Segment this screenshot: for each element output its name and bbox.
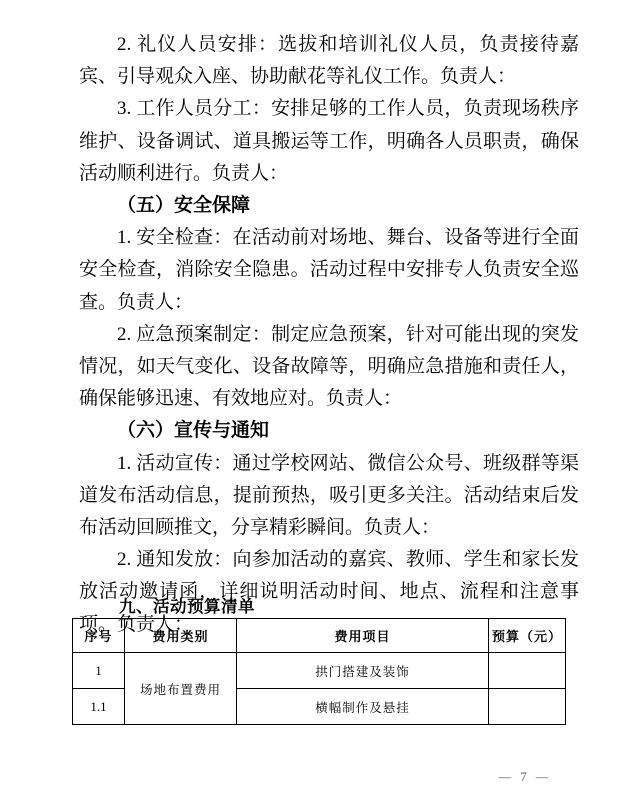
body-paragraph: 2. 礼仪人员安排：选拔和培训礼仪人员，负责接待嘉宾、引导观众入座、协助献花等礼… [79, 29, 579, 93]
category-cell: 场地布置费用 [125, 653, 237, 725]
body-text-block: 2. 礼仪人员安排：选拔和培训礼仪人员，负责接待嘉宾、引导观众入座、协助献花等礼… [79, 29, 579, 641]
column-header-category: 费用类别 [125, 619, 237, 653]
sub-section-heading: （六）宣传与通知 [79, 415, 579, 447]
item-cell: 横幅制作及悬挂 [237, 689, 489, 725]
budget-cell [489, 653, 566, 689]
column-header-item: 费用项目 [237, 619, 489, 653]
body-paragraph: 2. 应急预案制定：制定应急预案，针对可能出现的突发情况，如天气变化、设备故障等… [79, 319, 579, 416]
table-row: 1 场地布置费用 拱门搭建及装饰 [73, 653, 566, 689]
budget-table: 序号 费用类别 费用项目 预算（元） 1 场地布置费用 拱门搭建及装饰 1.1 … [72, 618, 566, 725]
budget-cell [489, 689, 566, 725]
body-paragraph: 1. 活动宣传：通过学校网站、微信公众号、班级群等渠道发布活动信息，提前预热，吸… [79, 448, 579, 545]
body-paragraph: 1. 安全检查：在活动前对场地、舞台、设备等进行全面安全检查，消除安全隐患。活动… [79, 222, 579, 319]
document-page: 2. 礼仪人员安排：选拔和培训礼仪人员，负责接待嘉宾、引导观众入座、协助献花等礼… [0, 0, 630, 812]
index-cell: 1 [73, 653, 125, 689]
index-cell: 1.1 [73, 689, 125, 725]
table-header-row: 序号 费用类别 费用项目 预算（元） [73, 619, 566, 653]
column-header-index: 序号 [73, 619, 125, 653]
sub-section-heading: （五）安全保障 [79, 190, 579, 222]
item-cell: 拱门搭建及装饰 [237, 653, 489, 689]
column-header-budget: 预算（元） [489, 619, 566, 653]
page-number: — 7 — [475, 770, 575, 785]
body-paragraph: 3. 工作人员分工：安排足够的工作人员，负责现场秩序维护、设备调试、道具搬运等工… [79, 93, 579, 190]
section-heading-budget-list: 九、活动预算清单 [119, 596, 255, 618]
